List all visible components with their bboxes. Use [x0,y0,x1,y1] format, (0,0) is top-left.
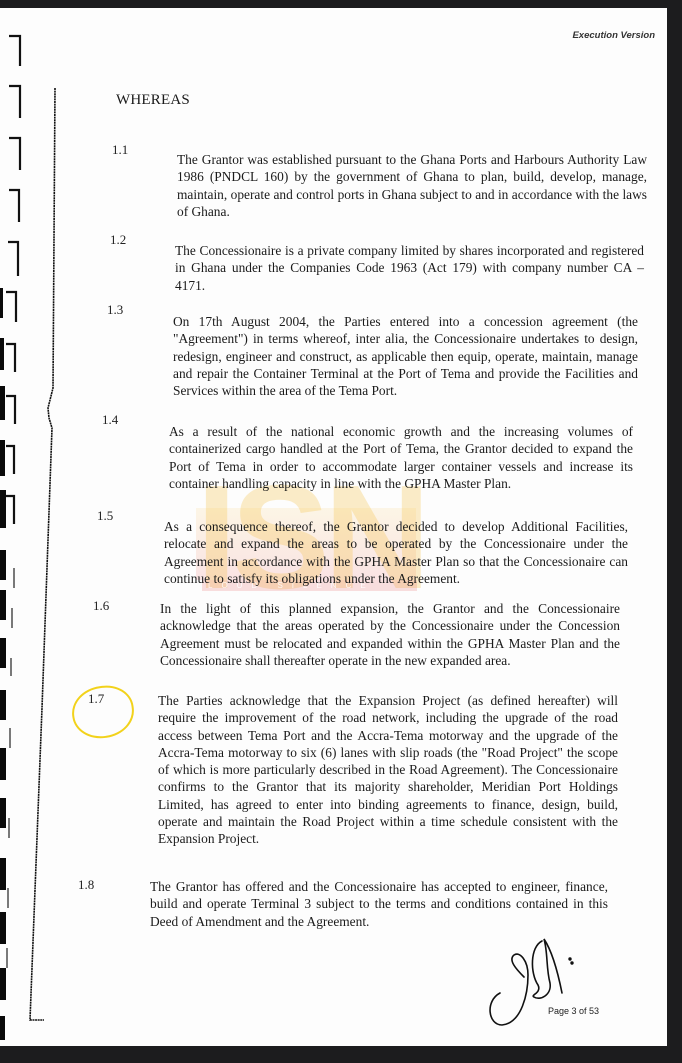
document-page: Execution Version WHEREAS ISN LOUD SILEN… [0,8,667,1046]
clause-number: 1.8 [78,877,94,893]
clause-text: In the light of this planned expansion, … [160,600,620,669]
clause-number: 1.2 [110,232,126,248]
clause-text: On 17th August 2004, the Parties entered… [173,313,638,399]
clause-text-highlighted: The Parties acknowledge that the Expansi… [158,692,618,848]
clause-number: 1.7 [88,691,104,707]
clause-number: 1.5 [97,508,113,524]
clause-text: As a consequence thereof, the Grantor de… [164,518,628,587]
clause-number: 1.3 [107,302,123,318]
binder-margin-marks [0,8,60,1046]
section-title: WHEREAS [116,92,190,109]
page-number: Page 3 of 53 [548,1006,599,1016]
clause-text: The Grantor was established pursuant to … [177,151,647,220]
clause-number: 1.6 [93,598,109,614]
clause-text: As a result of the national economic gro… [169,423,633,492]
signature-initials [480,933,630,1033]
clause-number: 1.4 [102,412,118,428]
clause-text: The Grantor has offered and the Concessi… [150,878,608,930]
clause-number: 1.1 [112,142,128,158]
clause-text: The Concessionaire is a private company … [175,242,644,294]
execution-version-label: Execution Version [572,30,655,41]
